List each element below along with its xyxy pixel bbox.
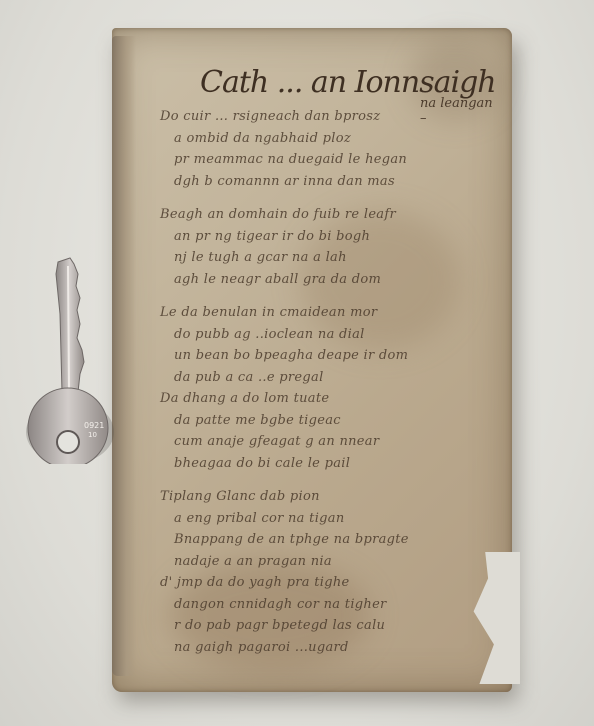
verse-line: a eng pribal cor na tigan	[160, 508, 500, 530]
verse-line: Beagh an domhain do fuib re leafr	[160, 204, 500, 226]
svg-text:10: 10	[88, 431, 97, 439]
verse-line: da pub a ca ..e pregal	[160, 367, 500, 389]
verse-line: dgh b comannn ar inna dan mas	[160, 171, 500, 193]
verse-line: Da dhang a do lom tuate	[160, 388, 500, 410]
stanza: Da dhang a do lom tuate da patte me bgbe…	[160, 388, 500, 474]
manuscript-title: Cath ... an Ionnsaigh	[200, 66, 500, 100]
handwritten-text: Cath ... an Ionnsaigh na leangan – Do cu…	[160, 66, 500, 658]
stanza: Beagh an domhain do fuib re leafr an pr …	[160, 204, 500, 290]
verse-line: un bean bo bpeagha deape ir dom	[160, 345, 500, 367]
stanza: Do cuir ... rsigneach dan bprosz a ombid…	[160, 106, 500, 192]
verse-line: do pubb ag ..ioclean na dial	[160, 324, 500, 346]
verse-line: r do pab pagr bpetegd las calu	[160, 615, 500, 637]
stanza: d' jmp da do yagh pra tighe dangon cnnid…	[160, 572, 500, 658]
verse-line: cum anaje gfeagat g an nnear	[160, 431, 500, 453]
stanza: Le da benulan in cmaidean mor do pubb ag…	[160, 302, 500, 388]
verse-line: na gaigh pagaroi ...ugard	[160, 637, 500, 659]
key-icon: 0921 10	[22, 254, 122, 464]
verse-line: an pr ng tigear ir do bi bogh	[160, 226, 500, 248]
verse-line: pr meammac na duegaid le hegan	[160, 149, 500, 171]
verse-line: Bnappang de an tphge na bpragte	[160, 529, 500, 551]
verse-line: da patte me bgbe tigeac	[160, 410, 500, 432]
key-stamp: 0921	[84, 421, 104, 430]
verse-line: nj le tugh a gcar na a lah	[160, 247, 500, 269]
stanza: Tiplang Glanc dab pion a eng pribal cor …	[160, 486, 500, 572]
verse-line: Tiplang Glanc dab pion	[160, 486, 500, 508]
verse-line: a ombid da ngabhaid ploz	[160, 128, 500, 150]
verse-line: agh le neagr aball gra da dom	[160, 269, 500, 291]
verse-line: Le da benulan in cmaidean mor	[160, 302, 500, 324]
verse-line: nadaje a an pragan nia	[160, 551, 500, 573]
verse-line: Do cuir ... rsigneach dan bprosz	[160, 106, 500, 128]
verse-line: bheagaa do bi cale le pail	[160, 453, 500, 475]
verse-line: d' jmp da do yagh pra tighe	[160, 572, 500, 594]
verse-line: dangon cnnidagh cor na tigher	[160, 594, 500, 616]
